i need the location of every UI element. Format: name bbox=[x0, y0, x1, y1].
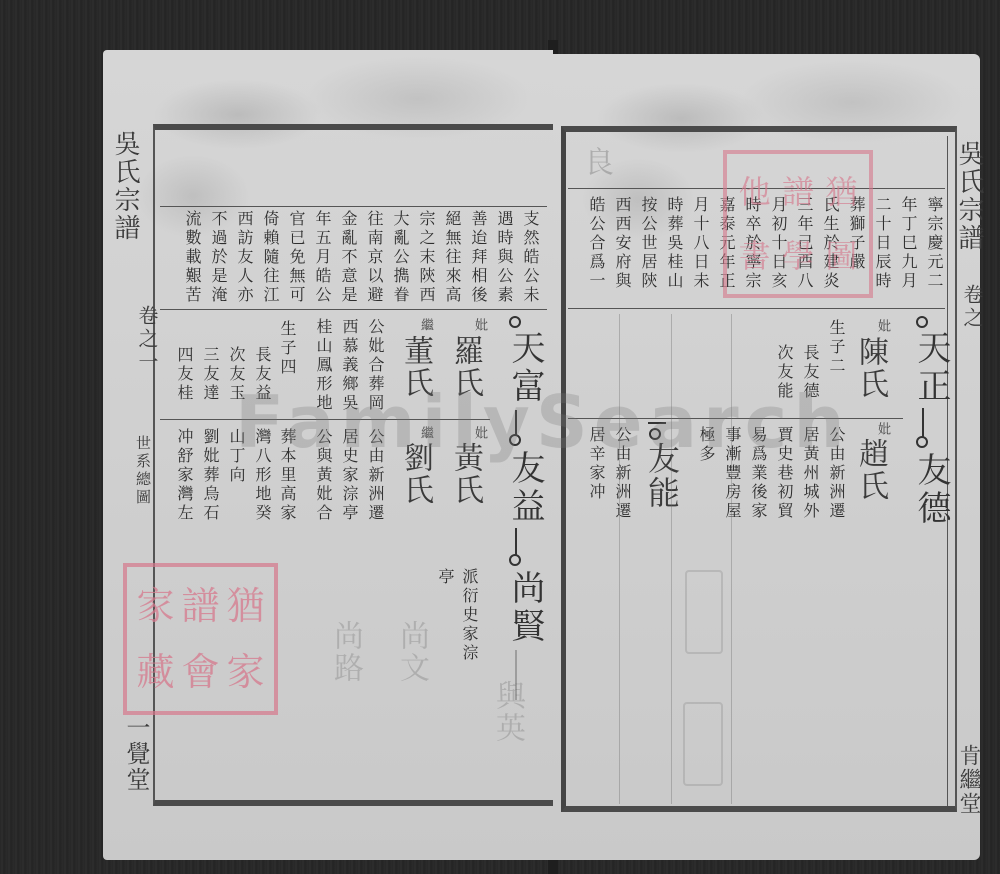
faded-name: 尚文 bbox=[389, 620, 433, 684]
wife-label: 妣 bbox=[470, 426, 489, 439]
lineage-branch bbox=[648, 422, 666, 424]
wife-name: 黃氏 bbox=[443, 442, 487, 506]
bio-column: 流數載艱苦 bbox=[183, 210, 202, 305]
seal-glyph: 圖 bbox=[820, 240, 863, 272]
sons-header: 生子二 bbox=[827, 319, 846, 376]
left-page: 吳氏宗譜 卷之一 世系總圖 一覺堂 支然皓公未 遇時與公素 善迨拜相後 絕無往來… bbox=[103, 50, 553, 860]
bio-column: 官已免無可 bbox=[287, 210, 306, 305]
wife-label: 妣 bbox=[873, 319, 892, 332]
son-entry: 次友玉 bbox=[227, 346, 246, 403]
left-margin-volume: 卷之一 bbox=[133, 305, 162, 374]
collector-seal: 他 譜 猶 書 學 圖 bbox=[723, 150, 873, 298]
wife-name: 陳氏 bbox=[848, 336, 892, 400]
seal-glyph: 會 bbox=[178, 653, 223, 691]
bio-column: 西西安府與 bbox=[613, 196, 632, 291]
lineage-node-icon bbox=[916, 436, 928, 448]
divider bbox=[160, 206, 547, 207]
bio-column: 按公世居陝 bbox=[639, 196, 658, 291]
divider bbox=[568, 308, 945, 309]
branch-note: 派衍史家淙 bbox=[460, 568, 479, 663]
bio-column: 大亂公擕眷 bbox=[391, 210, 410, 305]
bio-column: 西訪友人亦 bbox=[235, 210, 254, 305]
lineage-node-icon bbox=[509, 316, 521, 328]
burial-note: 公妣合葬岡 bbox=[366, 318, 385, 413]
wife-label: 妣 bbox=[873, 422, 892, 435]
seal-glyph: 書 bbox=[733, 240, 776, 272]
bio-column: 善迨拜相後 bbox=[469, 210, 488, 305]
migration-note: 公由新洲遷 bbox=[366, 428, 385, 523]
bio-column: 皓公合爲一 bbox=[587, 196, 606, 291]
lineage-child-name: 友德 bbox=[907, 452, 956, 528]
lineage-child-name: 友益 bbox=[501, 450, 550, 526]
bio-column: 不過於是淹 bbox=[209, 210, 228, 305]
wife-label: 繼 bbox=[416, 426, 435, 439]
migration-note: 易爲業後家 bbox=[749, 426, 768, 521]
bio-column: 月十八日未 bbox=[691, 196, 710, 291]
bio-column: 宗之末陝西 bbox=[417, 210, 436, 305]
seal-glyph: 猶 bbox=[820, 176, 863, 208]
faded-name: 與英 bbox=[485, 680, 529, 744]
burial-note: 灣八形地癸 bbox=[253, 428, 272, 523]
bio-column: 年五月皓公 bbox=[313, 210, 332, 305]
right-margin-volume: 卷之 bbox=[958, 284, 987, 330]
bio-column: 倚賴隨往江 bbox=[261, 210, 280, 305]
migration-note: 賈史巷初貿 bbox=[775, 426, 794, 521]
migration-note: 居辛家冲 bbox=[587, 426, 606, 502]
son-entry: 三友達 bbox=[201, 346, 220, 403]
sons-header: 生子四 bbox=[278, 320, 297, 377]
lineage-main-name: 天正 bbox=[907, 330, 956, 406]
lineage-stem bbox=[515, 410, 517, 436]
faint-glyph: 良 bbox=[573, 146, 617, 178]
bio-column: 往南京以避 bbox=[365, 210, 384, 305]
migration-note: 事漸豐房屋 bbox=[723, 426, 742, 521]
lineage-stem bbox=[515, 528, 517, 556]
lineage-child-name: 友能 bbox=[639, 442, 685, 510]
son-entry: 四友桂 bbox=[175, 346, 194, 403]
lineage-node-icon bbox=[649, 428, 661, 440]
seal-glyph: 他 bbox=[733, 176, 776, 208]
bio-column: 支然皓公未 bbox=[521, 210, 540, 305]
wife-label: 繼 bbox=[416, 318, 435, 331]
column-rule bbox=[731, 314, 732, 804]
faded-box bbox=[683, 702, 723, 786]
burial-note: 劉妣葬烏石 bbox=[201, 428, 220, 523]
right-margin-book-title: 吳氏宗譜 bbox=[951, 140, 988, 252]
right-margin-hall-name: 肯繼堂 bbox=[953, 744, 984, 816]
son-entry: 長友德 bbox=[801, 344, 820, 401]
migration-note: 公由新洲遷 bbox=[613, 426, 632, 521]
burial-note: 冲舒家灣左 bbox=[175, 428, 194, 523]
son-entry: 長友益 bbox=[253, 346, 272, 403]
seal-glyph: 家 bbox=[223, 653, 268, 691]
burial-note: 桂山鳳形地 bbox=[314, 318, 333, 413]
seal-glyph: 學 bbox=[776, 240, 819, 272]
bio-column: 絕無往來高 bbox=[443, 210, 462, 305]
burial-note: 葬本里高家 bbox=[278, 428, 297, 523]
burial-note: 西慕義鄉吳 bbox=[340, 318, 359, 413]
migration-note: 居史家淙亭 bbox=[340, 428, 359, 523]
wife-name: 趙氏 bbox=[848, 438, 892, 502]
bio-column: 金亂不意是 bbox=[339, 210, 358, 305]
bio-column: 二十日辰時 bbox=[873, 196, 892, 291]
bio-column: 時葬吳桂山 bbox=[665, 196, 684, 291]
faded-name: 尚路 bbox=[323, 620, 367, 684]
faded-box bbox=[685, 570, 723, 654]
lineage-main-name: 天富 bbox=[501, 330, 550, 406]
migration-note: 公由新洲遷 bbox=[827, 426, 846, 521]
burial-note: 公與黃妣合 bbox=[314, 428, 333, 523]
wife-name: 劉氏 bbox=[393, 442, 437, 506]
seal-glyph: 譜 bbox=[178, 587, 223, 625]
column-rule bbox=[619, 314, 620, 804]
son-entry: 次友能 bbox=[775, 344, 794, 401]
wife-name: 羅氏 bbox=[443, 335, 487, 399]
left-margin-book-title: 吳氏宗譜 bbox=[107, 130, 144, 242]
migration-note: 極多 bbox=[697, 426, 716, 464]
lineage-node-icon bbox=[916, 316, 928, 328]
wife-label: 妣 bbox=[470, 318, 489, 331]
column-rule bbox=[671, 314, 672, 804]
right-page: 吳氏宗譜 卷之 肯繼堂 良 寧宗慶元二 年丁巳九月 二十日辰時 葬獅子嚴 氏生於… bbox=[553, 54, 980, 860]
bio-column: 遇時與公素 bbox=[495, 210, 514, 305]
lineage-grandchild-name: 尚賢 bbox=[501, 570, 550, 646]
lineage-stem bbox=[922, 408, 924, 438]
seal-glyph: 藏 bbox=[133, 653, 178, 691]
migration-note: 居黃州城外 bbox=[801, 426, 820, 521]
wife-name: 董氏 bbox=[393, 335, 437, 399]
divider bbox=[160, 419, 490, 420]
left-margin-section: 世系總圖 bbox=[133, 435, 154, 507]
bio-column: 年丁巳九月 bbox=[899, 196, 918, 291]
seal-glyph: 家 bbox=[133, 587, 178, 625]
bio-column: 寧宗慶元二 bbox=[925, 196, 944, 291]
seal-glyph: 譜 bbox=[776, 176, 819, 208]
left-margin-hall-name: 一覺堂 bbox=[119, 715, 154, 793]
lineage-node-icon bbox=[509, 554, 521, 566]
collector-seal: 家 譜 猶 藏 會 家 bbox=[123, 563, 278, 715]
divider bbox=[160, 309, 547, 310]
branch-note: 亭 bbox=[436, 568, 455, 587]
burial-note: 山丁向 bbox=[227, 428, 246, 485]
seal-glyph: 猶 bbox=[223, 587, 268, 625]
lineage-node-icon bbox=[509, 434, 521, 446]
